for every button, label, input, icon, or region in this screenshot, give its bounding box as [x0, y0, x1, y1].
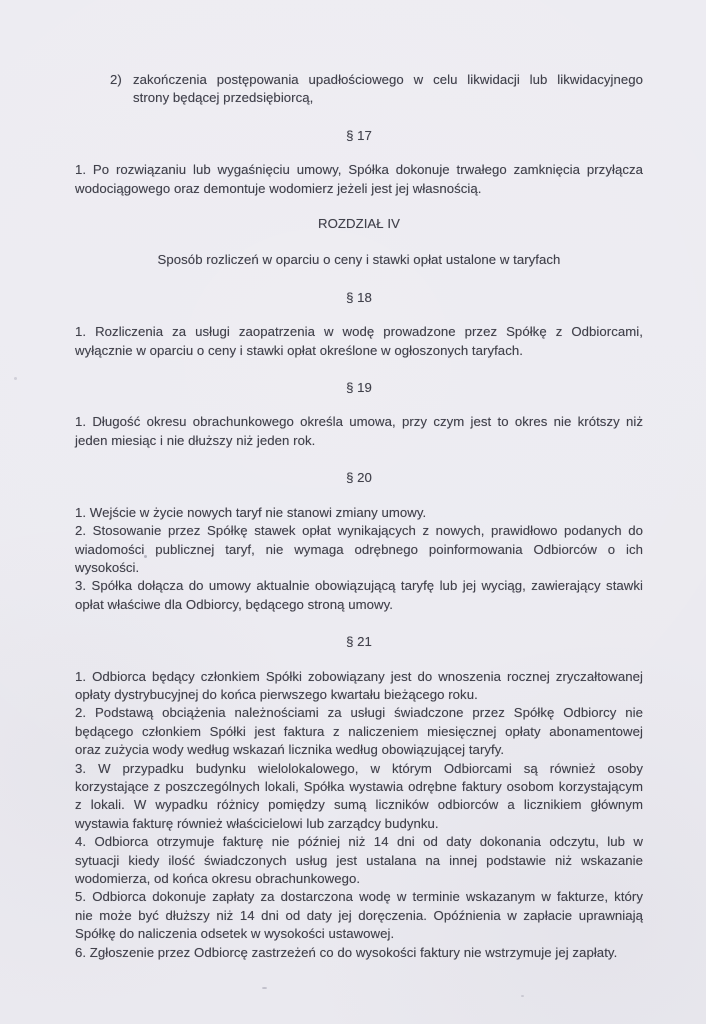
- text-line: 1. Rozliczenia za usługi zaopatrzenia w …: [75, 323, 643, 341]
- chapter-subtitle-4: Sposób rozliczeń w oparciu o ceny i staw…: [75, 251, 643, 269]
- paragraph-15: 2. Podstawą obciążenia należnościami za …: [75, 704, 643, 759]
- paragraph-16: 3. W przypadku budynku wielolokalowego, …: [75, 760, 643, 834]
- paragraph-19: 6. Zgłoszenie przez Odbiorcę zastrzeżeń …: [75, 944, 643, 962]
- text-line: korzystające z poszczególnych lokali, Sp…: [75, 778, 643, 796]
- text-line: 4. Odbiorca otrzymuje fakturę nie późnie…: [75, 833, 643, 851]
- text-line: wysokości.: [75, 559, 643, 577]
- paragraph-12: 3. Spółka dołącza do umowy aktualnie obo…: [75, 577, 643, 614]
- paragraph-8: 1. Długość okresu obrachunkowego określa…: [75, 413, 643, 450]
- scan-speck: [262, 987, 267, 989]
- paragraph-6: 1. Rozliczenia za usługi zaopatrzenia w …: [75, 323, 643, 360]
- paragraph-14: 1. Odbiorca będący członkiem Spółki zobo…: [75, 668, 643, 705]
- paragraph-17: 4. Odbiorca otrzymuje fakturę nie późnie…: [75, 833, 643, 888]
- scan-speck: [521, 995, 524, 997]
- text-line: strony będącej przedsiębiorcą,: [133, 89, 643, 107]
- text-line: wodociągowego oraz demontuje wodomierz j…: [75, 180, 643, 198]
- paragraph-18: 5. Odbiorca dokonuje zapłaty za dostarcz…: [75, 888, 643, 943]
- text-line: nie może być dłuższy niż 14 dni od daty …: [75, 907, 643, 925]
- section-heading-5: § 18: [75, 289, 643, 307]
- document-blocks: 2)zakończenia postępowania upadłościoweg…: [75, 71, 643, 962]
- text-line: opłat właściwe dla Odbiorcy, będącego st…: [75, 596, 643, 614]
- list-item-lines: zakończenia postępowania upadłościowego …: [133, 71, 643, 108]
- text-line: z lokali. W wypadku różnicy pomiędzy sum…: [75, 796, 643, 814]
- scanned-page: 2)zakończenia postępowania upadłościoweg…: [0, 0, 706, 1024]
- scan-speck: [14, 377, 17, 380]
- text-line: sytuacji kiedy ilość świadczonych usług …: [75, 852, 643, 870]
- text-line: 3. Spółka dołącza do umowy aktualnie obo…: [75, 577, 643, 595]
- chapter-heading-3: ROZDZIAŁ IV: [75, 215, 643, 233]
- text-line: zakończenia postępowania upadłościowego …: [133, 71, 643, 89]
- list-item-0: 2)zakończenia postępowania upadłościoweg…: [110, 71, 643, 108]
- text-line: wodomierza, od końca okresu obrachunkowe…: [75, 870, 643, 888]
- text-line: będącego członkiem Spółki jest faktura z…: [75, 723, 643, 741]
- text-line: wiadomości publicznej taryf, nie wymaga …: [75, 541, 643, 559]
- paragraph-2: 1. Po rozwiązaniu lub wygaśnięciu umowy,…: [75, 161, 643, 198]
- text-line: 1. Wejście w życie nowych taryf nie stan…: [75, 504, 643, 522]
- text-line: wyłącznie w oparciu o ceny i stawki opła…: [75, 342, 643, 360]
- text-line: oraz zużycia wody według wskazań licznik…: [75, 741, 643, 759]
- paragraph-10: 1. Wejście w życie nowych taryf nie stan…: [75, 504, 643, 522]
- section-heading-7: § 19: [75, 379, 643, 397]
- text-line: wystawia fakturę również właścicielowi l…: [75, 815, 643, 833]
- text-line: Spółkę do naliczenia odsetek w wysokości…: [75, 925, 643, 943]
- section-heading-9: § 20: [75, 469, 643, 487]
- text-line: 5. Odbiorca dokonuje zapłaty za dostarcz…: [75, 888, 643, 906]
- section-heading-13: § 21: [75, 633, 643, 651]
- text-line: 1. Długość okresu obrachunkowego określa…: [75, 413, 643, 431]
- text-line: 3. W przypadku budynku wielolokalowego, …: [75, 760, 643, 778]
- text-line: 6. Zgłoszenie przez Odbiorcę zastrzeżeń …: [75, 944, 643, 962]
- text-line: 2. Podstawą obciążenia należnościami za …: [75, 704, 643, 722]
- paragraph-11: 2. Stosowanie przez Spółkę stawek opłat …: [75, 522, 643, 577]
- text-line: opłaty dystrybucyjnej do końca pierwszeg…: [75, 686, 643, 704]
- section-heading-1: § 17: [75, 127, 643, 145]
- text-line: 2. Stosowanie przez Spółkę stawek opłat …: [75, 522, 643, 540]
- text-line: jeden miesiąc i nie dłuższy niż jeden ro…: [75, 432, 643, 450]
- text-line: 1. Odbiorca będący członkiem Spółki zobo…: [75, 668, 643, 686]
- list-item-number: 2): [110, 71, 133, 108]
- text-line: 1. Po rozwiązaniu lub wygaśnięciu umowy,…: [75, 161, 643, 179]
